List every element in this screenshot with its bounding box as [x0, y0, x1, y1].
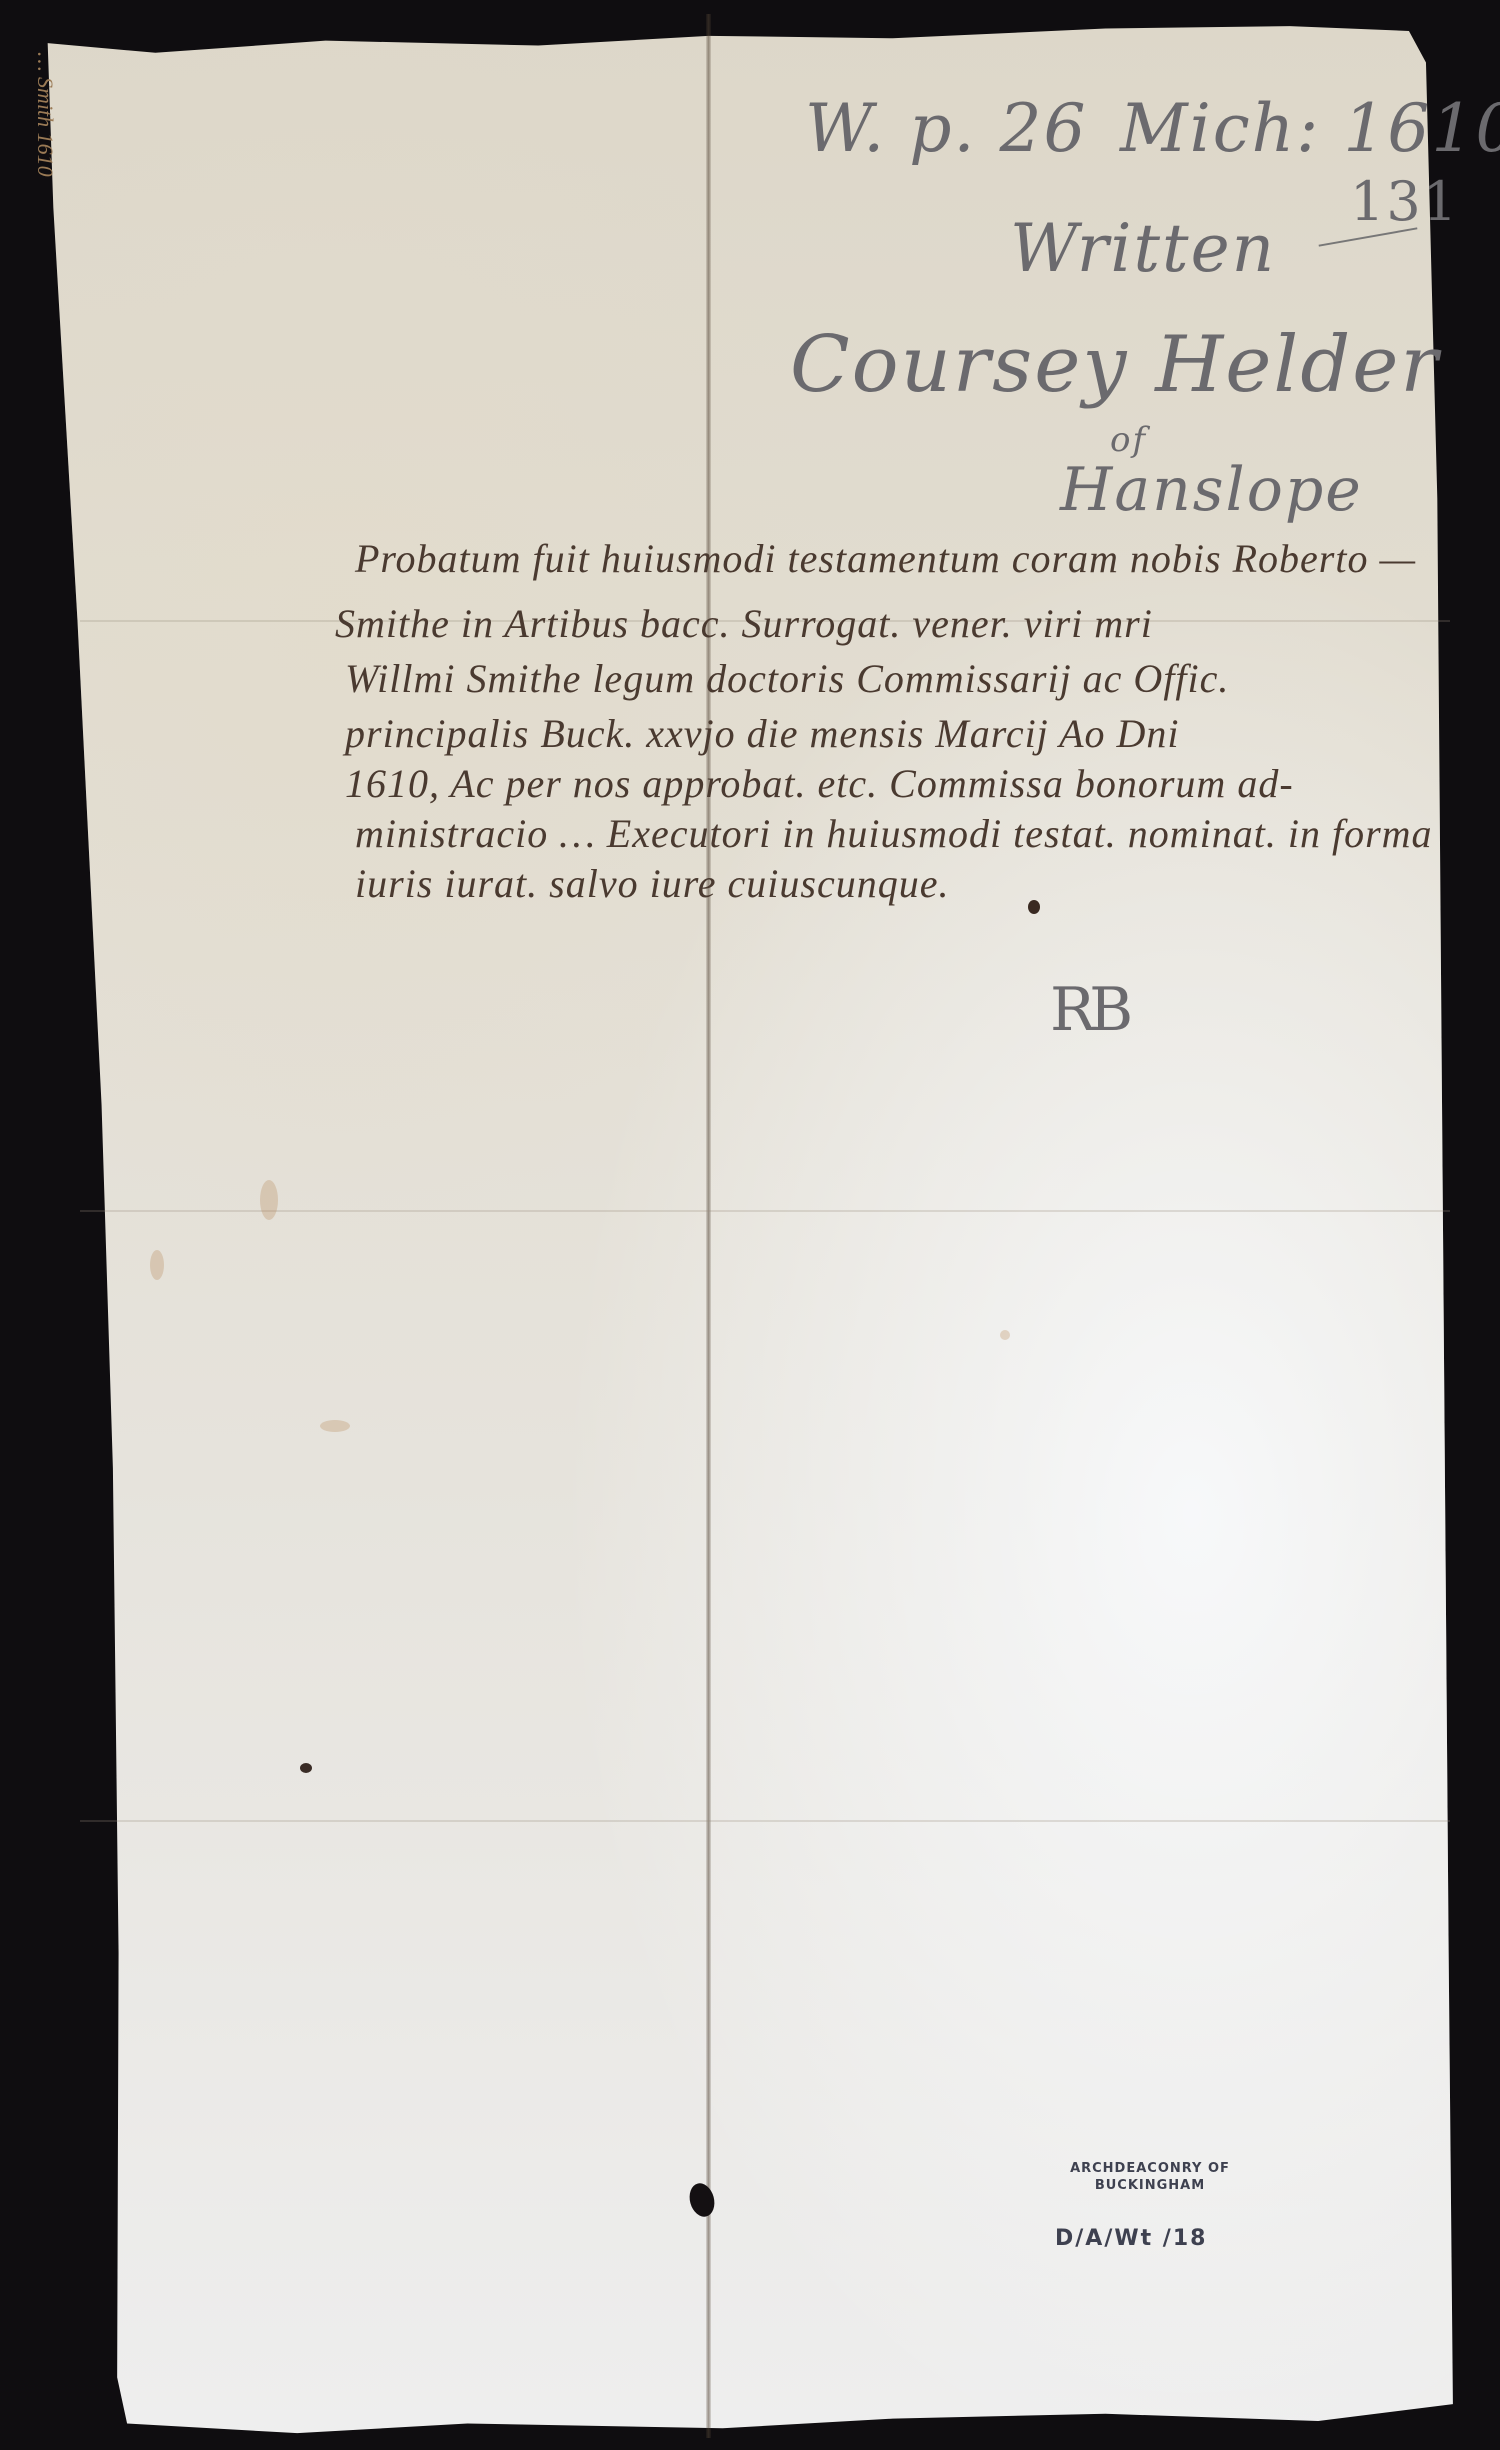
vertical-fold-line	[706, 14, 711, 2438]
clause-line: Probatum fuit huiusmodi testamentum cora…	[355, 535, 1416, 582]
testator-name: Coursey Helder	[790, 320, 1440, 410]
place-name: Hanslope	[1060, 455, 1363, 525]
clause-line: 1610, Ac per nos approbat. etc. Commissa…	[345, 760, 1294, 807]
clause-line: principalis Buck. xxvjo die mensis Marci…	[345, 710, 1180, 757]
horizontal-fold-line	[80, 1820, 1450, 1822]
date-annotation: Mich: 1610	[1120, 90, 1500, 167]
clause-line: ministracio … Executori in huiusmodi tes…	[355, 810, 1433, 857]
initials-mark: RB	[1050, 975, 1127, 1045]
foxing-stain	[320, 1420, 350, 1432]
ink-dot	[1028, 900, 1040, 914]
stamp-line-2: BUCKINGHAM	[1060, 2177, 1240, 2194]
foxing-stain	[260, 1180, 278, 1220]
clause-line: Smithe in Artibus bacc. Surrogat. vener.…	[335, 600, 1153, 647]
of-label: of	[1110, 420, 1147, 460]
reference-annotation: W. p. 26	[805, 90, 1087, 167]
document-title: Written	[1010, 210, 1276, 287]
ink-blot	[300, 1763, 312, 1773]
clause-line: Willmi Smithe legum doctoris Commissarij…	[345, 655, 1229, 702]
foxing-stain	[150, 1250, 164, 1280]
horizontal-fold-line	[80, 1210, 1450, 1212]
stamp-line-1: ARCHDEACONRY OF	[1060, 2160, 1240, 2177]
side-endorsement: … Smith 1610	[32, 52, 58, 177]
archive-reference: D/A/Wt /18	[1055, 2226, 1207, 2251]
archive-stamp: ARCHDEACONRY OF BUCKINGHAM	[1060, 2160, 1240, 2194]
item-number: 131	[1350, 170, 1459, 233]
foxing-stain	[1000, 1330, 1010, 1340]
clause-line: iuris iurat. salvo iure cuiuscunque.	[355, 860, 949, 907]
